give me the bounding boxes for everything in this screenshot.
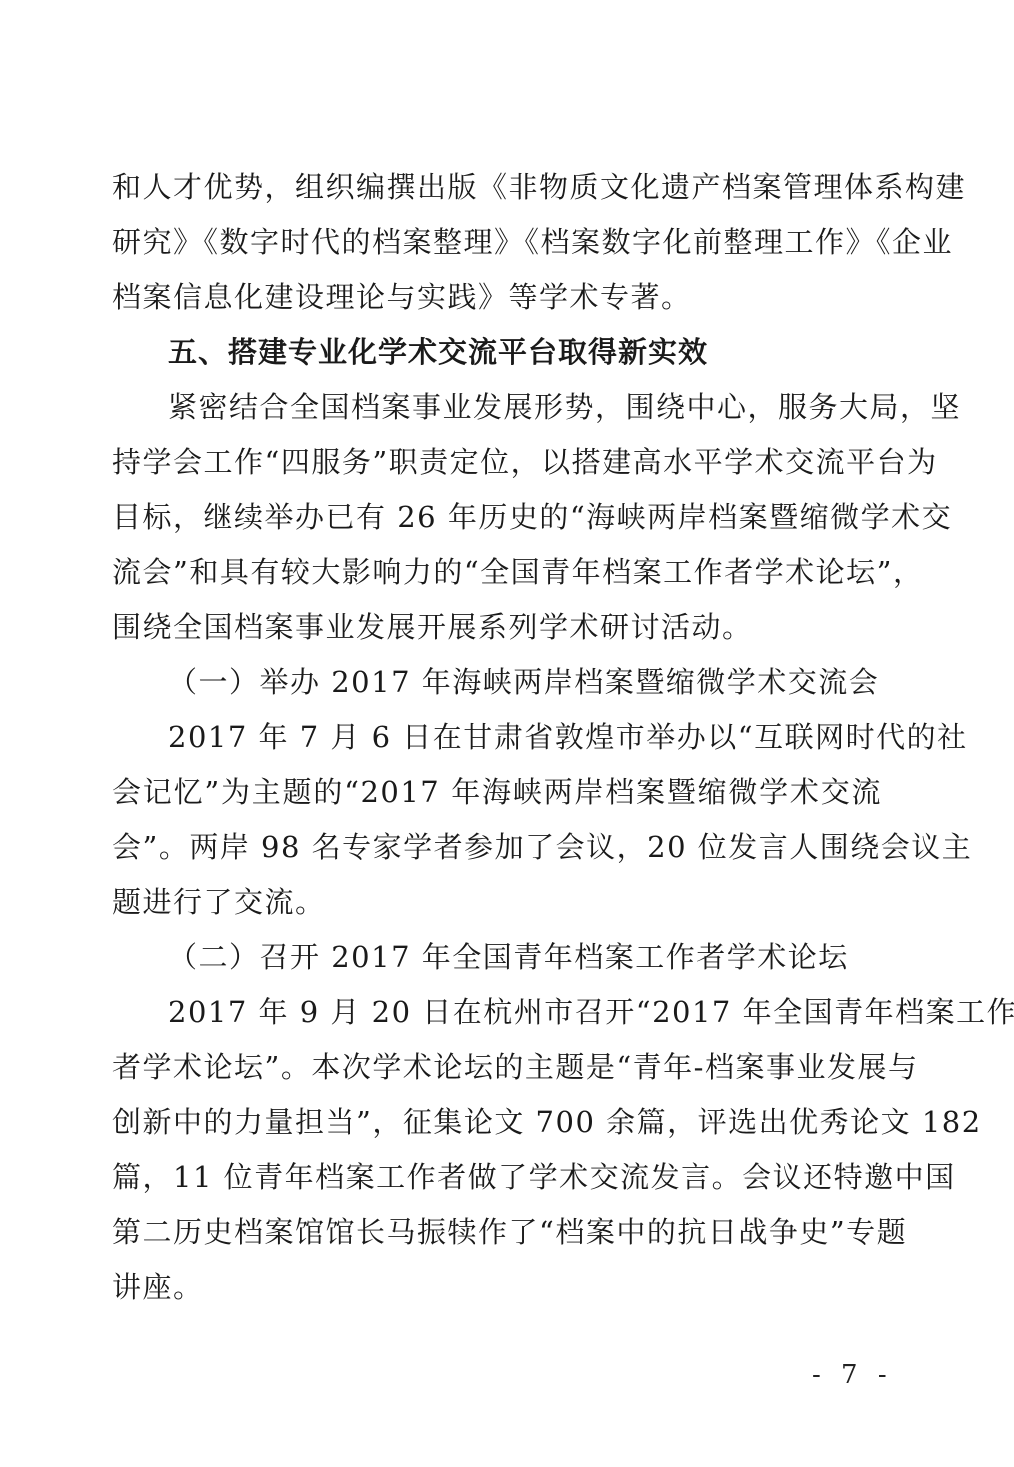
text-line: 流会”和具有较大影响力的“全国青年档案工作者学术论坛”， — [112, 545, 882, 600]
page-number: - 7 - — [812, 1360, 893, 1390]
text-line: 围绕全国档案事业发展开展系列学术研讨活动。 — [112, 600, 882, 655]
section-heading: 五、搭建专业化学术交流平台取得新实效 — [112, 325, 882, 380]
paragraph-youth-forum: 2017 年 9 月 20 日在杭州市召开“2017 年全国青年档案工作 者学术… — [112, 985, 882, 1315]
text-line: 第二历史档案馆馆长马振犊作了“档案中的抗日战争史”专题 — [112, 1205, 882, 1260]
text-line: 研究》《数字时代的档案整理》《档案数字化前整理工作》《企业 — [112, 215, 882, 270]
text-line: 目标，继续举办已有 26 年历史的“海峡两岸档案暨缩微学术交 — [112, 490, 882, 545]
text-line: 2017 年 9 月 20 日在杭州市召开“2017 年全国青年档案工作 — [112, 985, 882, 1040]
text-line: 和人才优势，组织编撰出版《非物质文化遗产档案管理体系构建 — [112, 160, 882, 215]
document-page: 和人才优势，组织编撰出版《非物质文化遗产档案管理体系构建 研究》《数字时代的档案… — [0, 0, 1014, 1467]
text-column: 和人才优势，组织编撰出版《非物质文化遗产档案管理体系构建 研究》《数字时代的档案… — [112, 160, 882, 1315]
paragraph-cross-strait: 2017 年 7 月 6 日在甘肃省敦煌市举办以“互联网时代的社 会记忆”为主题… — [112, 710, 882, 930]
subheading-cross-strait: （一）举办 2017 年海峡两岸档案暨缩微学术交流会 — [112, 655, 882, 710]
text-line: 题进行了交流。 — [112, 875, 882, 930]
text-line: 会”。两岸 98 名专家学者参加了会议，20 位发言人围绕会议主 — [112, 820, 882, 875]
text-line: 篇，11 位青年档案工作者做了学术交流发言。会议还特邀中国 — [112, 1150, 882, 1205]
section-heading-text: 五、搭建专业化学术交流平台取得新实效 — [112, 325, 882, 380]
text-line: 持学会工作“四服务”职责定位，以搭建高水平学术交流平台为 — [112, 435, 882, 490]
subheading-youth-forum: （二）召开 2017 年全国青年档案工作者学术论坛 — [112, 930, 882, 985]
paragraph-platform-intro: 紧密结合全国档案事业发展形势，围绕中心，服务大局，坚 持学会工作“四服务”职责定… — [112, 380, 882, 655]
text-line: 会记忆”为主题的“2017 年海峡两岸档案暨缩微学术交流 — [112, 765, 882, 820]
text-line: 2017 年 7 月 6 日在甘肃省敦煌市举办以“互联网时代的社 — [112, 710, 882, 765]
subheading-text: （二）召开 2017 年全国青年档案工作者学术论坛 — [112, 930, 882, 985]
text-line: 创新中的力量担当”，征集论文 700 余篇，评选出优秀论文 182 — [112, 1095, 882, 1150]
text-line: 讲座。 — [112, 1260, 882, 1315]
subheading-text: （一）举办 2017 年海峡两岸档案暨缩微学术交流会 — [112, 655, 882, 710]
text-line: 档案信息化建设理论与实践》等学术专著。 — [112, 270, 882, 325]
text-line: 紧密结合全国档案事业发展形势，围绕中心，服务大局，坚 — [112, 380, 882, 435]
paragraph-continuation: 和人才优势，组织编撰出版《非物质文化遗产档案管理体系构建 研究》《数字时代的档案… — [112, 160, 882, 325]
text-line: 者学术论坛”。本次学术论坛的主题是“青年-档案事业发展与 — [112, 1040, 882, 1095]
